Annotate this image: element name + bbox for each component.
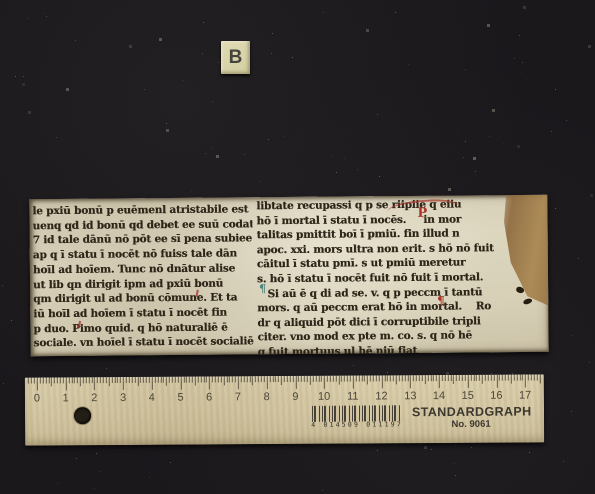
rubric-paraph: P — [417, 207, 427, 220]
manuscript-line: ap q ī statu ī nocēt nō fuiss tale dān — [33, 246, 253, 263]
ruler-number: 8 — [264, 391, 270, 403]
wormhole — [523, 298, 533, 306]
ruler-model: No. 9061 — [412, 419, 530, 431]
rubric-paraph: ¶ — [259, 283, 266, 294]
photograph-scene: B le pxiū bonū p euēmenl atristabile est… — [0, 0, 595, 494]
ruler-number: 13 — [404, 390, 416, 402]
ruler-hole — [74, 407, 91, 424]
ruler-number: 1 — [63, 392, 69, 404]
ruler-number: 15 — [462, 390, 474, 402]
rubric-paraph: ¶ — [437, 295, 445, 307]
barcode-digits: 4 014509 011197 — [306, 420, 408, 429]
manuscript-line: q fuit mortuus ul hē niū fiat — [258, 343, 510, 356]
ruler-number: 14 — [433, 390, 445, 402]
ruler-brand: STANDARDGRAPH — [412, 404, 532, 419]
label-tile: B — [221, 41, 250, 74]
ruler-number: 5 — [177, 392, 183, 404]
ruler: 01234567891011121314151617 4 014509 0111… — [25, 374, 544, 445]
ruler-number: 6 — [206, 391, 212, 403]
label-tile-letter: B — [229, 48, 243, 67]
ruler-number: 2 — [91, 392, 97, 404]
ruler-number: 16 — [490, 390, 502, 402]
manuscript-line: le pxiū bonū p euēmenl atristabile est — [32, 202, 252, 219]
ruler-number: 7 — [235, 391, 241, 403]
manuscript-line: s. hō ī statu ī nocēt fuit nō fuit ī mor… — [257, 270, 509, 287]
manuscript-line: hoīl ad hoīem. Tunc nō dnātur alise — [33, 261, 253, 278]
ruler-number: 17 — [519, 389, 531, 401]
manuscript-right-column: libtate recupassi q p se riipiie q eiiu … — [256, 197, 509, 356]
manuscript-fragment: le pxiū bonū p euēmenl atristabile est u… — [29, 195, 548, 357]
manuscript-line: sociale. vn hoīel ī statu ī nocēt social… — [34, 335, 254, 352]
manuscript-line: apoc. xxi. mors ultra non erit. s hō nō … — [257, 241, 509, 258]
ruler-number: 10 — [318, 391, 330, 403]
fabric-specks — [0, 0, 1, 1]
manuscript-left-column: le pxiū bonū p euēmenl atristabile est u… — [32, 202, 253, 351]
barcode — [312, 405, 402, 422]
ruler-number: 9 — [292, 391, 298, 403]
ruler-number: 3 — [120, 392, 126, 404]
ruler-number: 4 — [149, 392, 155, 404]
ruler-number: 0 — [34, 392, 40, 404]
ruler-number: 12 — [375, 390, 387, 402]
ruler-number: 11 — [347, 391, 358, 403]
manuscript-line: citer. vno mod ex pte m. co. s. q nō hē — [257, 328, 509, 345]
manuscript-line: iū hoīl ad hoīem ī statu ī nocēt fin — [33, 305, 253, 322]
